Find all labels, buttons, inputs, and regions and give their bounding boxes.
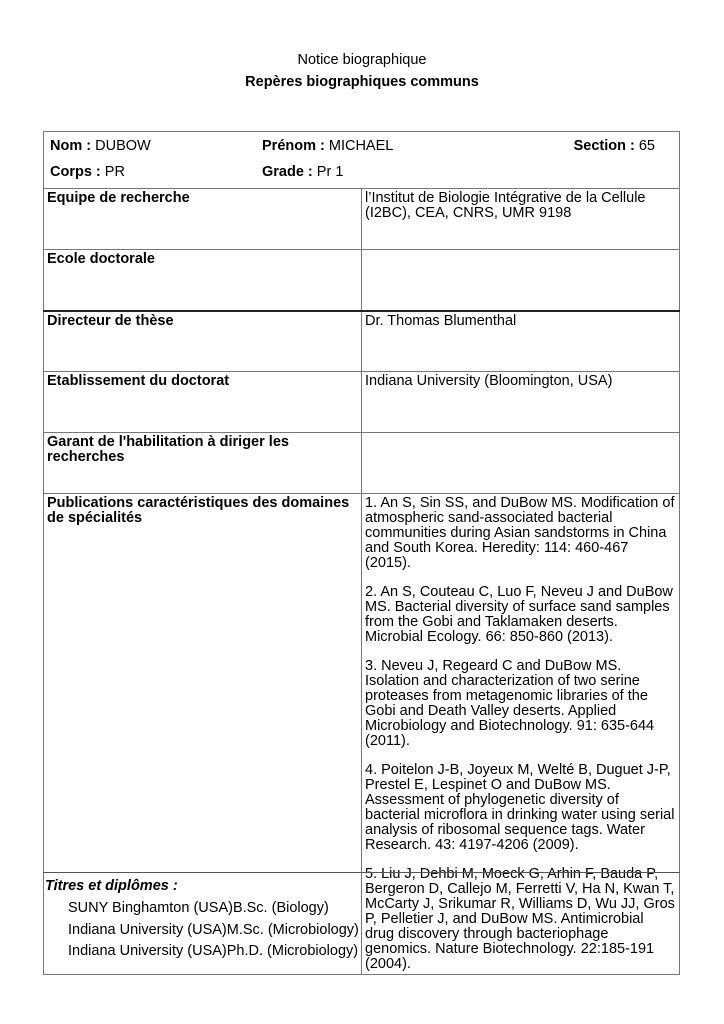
row-directeur: Directeur de thèse Dr. Thomas Blumenthal [44, 311, 680, 372]
publication-item: 4. Poitelon J-B, Joyeux M, Welté B, Dugu… [365, 763, 676, 853]
row-value [362, 433, 680, 494]
row-label: Garant de l'habilitation à diriger les r… [44, 433, 362, 494]
document-title: Notice biographique [0, 52, 724, 68]
prenom-field: Prénom : MICHAEL [262, 134, 393, 158]
publications-list: 1. An S, Sin SS, and DuBow MS. Modificat… [362, 494, 680, 975]
section-field: Section : 65 [574, 134, 655, 158]
corps-field: Corps : PR [50, 160, 125, 184]
section-divider [43, 872, 680, 873]
row-equipe: Equipe de recherche l’Institut de Biolog… [44, 189, 680, 250]
biography-table: Nom : DUBOW Prénom : MICHAEL Section : 6… [43, 131, 680, 975]
publication-item: 1. An S, Sin SS, and DuBow MS. Modificat… [365, 496, 676, 571]
section-label: Section : [574, 138, 635, 154]
document-subtitle: Repères biographiques communs [0, 74, 724, 90]
nom-label: Nom : [50, 138, 91, 154]
row-value: Indiana University (Bloomington, USA) [362, 372, 680, 433]
titre-item: Indiana University (USA)Ph.D. (Microbiol… [68, 943, 359, 965]
publication-item: 2. An S, Couteau C, Luo F, Neveu J and D… [365, 585, 676, 645]
identity-line-1: Nom : DUBOW Prénom : MICHAEL Section : 6… [47, 134, 676, 160]
row-label: Directeur de thèse [44, 311, 362, 372]
prenom-label: Prénom : [262, 138, 325, 154]
row-label: Ecole doctorale [44, 250, 362, 311]
row-value: Dr. Thomas Blumenthal [362, 311, 680, 372]
row-value: l’Institut de Biologie Intégrative de la… [362, 189, 680, 250]
titres-heading: Titres et diplômes : [45, 878, 178, 894]
titre-item: Indiana University (USA)M.Sc. (Microbiol… [68, 922, 359, 944]
identity-row: Nom : DUBOW Prénom : MICHAEL Section : 6… [44, 132, 680, 189]
titres-list: SUNY Binghamton (USA)B.Sc. (Biology) Ind… [68, 900, 359, 965]
grade-field: Grade : Pr 1 [262, 160, 343, 184]
row-value [362, 250, 680, 311]
prenom-value: MICHAEL [329, 138, 393, 154]
publication-item: 3. Neveu J, Regeard C and DuBow MS. Isol… [365, 659, 676, 749]
nom-field: Nom : DUBOW [50, 134, 151, 158]
grade-label: Grade : [262, 164, 313, 180]
row-garant: Garant de l'habilitation à diriger les r… [44, 433, 680, 494]
row-label: Equipe de recherche [44, 189, 362, 250]
row-ecole: Ecole doctorale [44, 250, 680, 311]
corps-label: Corps : [50, 164, 101, 180]
corps-value: PR [105, 164, 125, 180]
titre-item: SUNY Binghamton (USA)B.Sc. (Biology) [68, 900, 359, 922]
section-value: 65 [639, 138, 655, 154]
publication-item: 5. Liu J, Dehbi M, Moeck G, Arhin F, Bau… [365, 867, 676, 972]
nom-value: DUBOW [95, 138, 151, 154]
grade-value: Pr 1 [317, 164, 344, 180]
identity-line-2: Corps : PR Grade : Pr 1 [47, 160, 676, 186]
identity-cell: Nom : DUBOW Prénom : MICHAEL Section : 6… [44, 132, 680, 189]
row-label: Etablissement du doctorat [44, 372, 362, 433]
row-etablissement: Etablissement du doctorat Indiana Univer… [44, 372, 680, 433]
